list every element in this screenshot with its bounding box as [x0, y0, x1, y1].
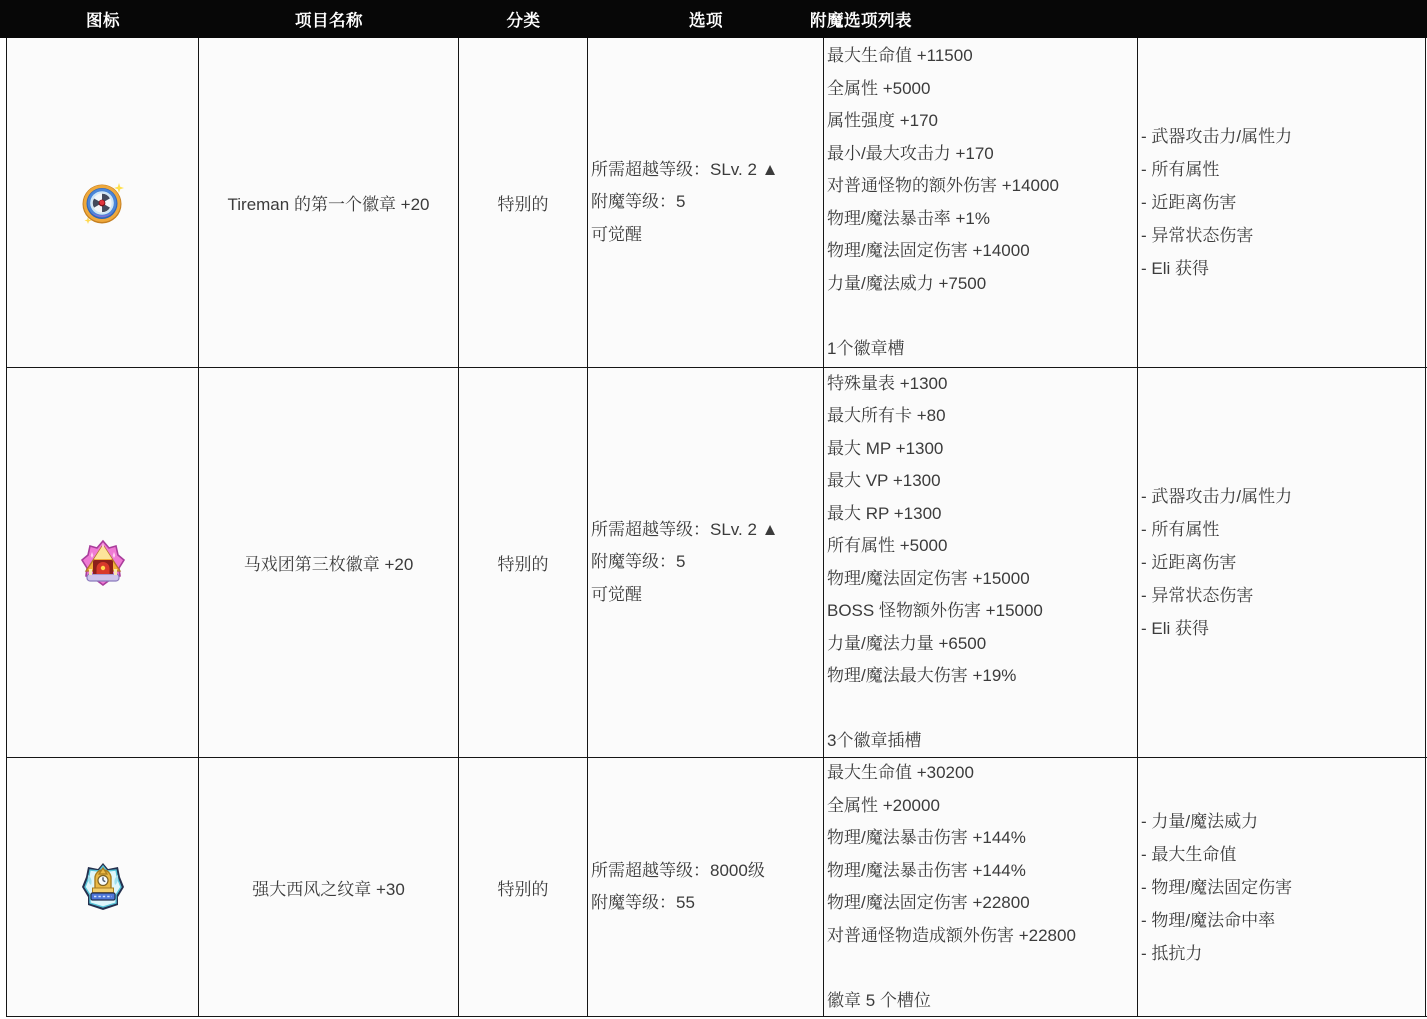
option-line	[827, 300, 1137, 333]
table-header: 图标 项目名称 分类 选项 附魔选项列表	[0, 0, 1427, 38]
enchant-line: - Eli 获得	[1141, 612, 1425, 645]
enchant-line: - 异常状态伤害	[1141, 219, 1425, 252]
option-line: 所有属性 +5000	[827, 530, 1137, 563]
enchant-option-list: - 武器攻击力/属性力- 所有属性- 近距离伤害- 异常状态伤害- Eli 获得	[1138, 38, 1426, 367]
option-line: 特殊量表 +1300	[827, 368, 1137, 400]
enchant-line: - 所有属性	[1141, 153, 1425, 186]
option-line: 最大 VP +1300	[827, 465, 1137, 498]
option-line: 物理/魔法固定伤害 +22800	[827, 887, 1137, 920]
item-name: 马戏团第三枚徽章 +20	[199, 368, 459, 757]
item-requirements: 所需超越等级：SLv. 2 ▲附魔等级：5可觉醒	[588, 368, 824, 757]
item-options: 最大生命值 +30200全属性 +20000物理/魔法暴击伤害 +144%物理/…	[824, 758, 1138, 1016]
option-line: 最大生命值 +11500	[827, 40, 1137, 73]
table-body: Tireman 的第一个徽章 +20 特别的 所需超越等级：SLv. 2 ▲附魔…	[6, 38, 1427, 1017]
item-requirements: 所需超越等级：8000级附魔等级：55	[588, 758, 824, 1016]
table-row-circus-badge: 马戏团第三枚徽章 +20 特别的 所需超越等级：SLv. 2 ▲附魔等级：5可觉…	[6, 368, 1427, 758]
requirement-line: 所需超越等级：SLv. 2 ▲	[591, 514, 823, 547]
option-line: 最大生命值 +30200	[827, 758, 1137, 790]
option-line: 物理/魔法暴击伤害 +144%	[827, 822, 1137, 855]
option-line: 1个徽章槽	[827, 333, 1137, 366]
option-line: 力量/魔法威力 +7500	[827, 268, 1137, 301]
table-row-westwind-emblem: 强大西风之纹章 +30 特别的 所需超越等级：8000级附魔等级：55 最大生命…	[6, 758, 1427, 1017]
item-name: Tireman 的第一个徽章 +20	[199, 38, 459, 367]
option-line	[827, 693, 1137, 726]
header-cell-item-name: 项目名称	[199, 7, 459, 31]
item-icon-cell	[7, 758, 199, 1016]
requirement-line: 附魔等级：5	[591, 186, 823, 219]
enchant-line: - 近距离伤害	[1141, 546, 1425, 579]
item-options: 特殊量表 +1300最大所有卡 +80最大 MP +1300最大 VP +130…	[824, 368, 1138, 757]
enchant-line: - 力量/魔法威力	[1141, 805, 1425, 838]
enchant-line: - 所有属性	[1141, 513, 1425, 546]
enchant-line: - 抵抗力	[1141, 937, 1425, 970]
requirement-line: 可觉醒	[591, 579, 823, 612]
option-line: 物理/魔法暴击率 +1%	[827, 203, 1137, 236]
circus-badge-icon	[78, 538, 128, 588]
enchant-line: - 物理/魔法固定伤害	[1141, 871, 1425, 904]
option-line: 物理/魔法固定伤害 +14000	[827, 235, 1137, 268]
option-line	[827, 952, 1137, 985]
requirement-line: 附魔等级：55	[591, 887, 823, 920]
item-icon-cell	[7, 38, 199, 367]
option-line: 物理/魔法最大伤害 +19%	[827, 660, 1137, 693]
item-requirements: 所需超越等级：SLv. 2 ▲附魔等级：5可觉醒	[588, 38, 824, 367]
enchant-line: - 武器攻击力/属性力	[1141, 480, 1425, 513]
option-line: 最大 RP +1300	[827, 498, 1137, 531]
requirement-line: 附魔等级：5	[591, 546, 823, 579]
item-category: 特别的	[459, 758, 588, 1016]
item-category: 特别的	[459, 38, 588, 367]
enchant-line: - 物理/魔法命中率	[1141, 904, 1425, 937]
enchant-option-list: - 武器攻击力/属性力- 所有属性- 近距离伤害- 异常状态伤害- Eli 获得	[1138, 368, 1426, 757]
header-cell-enchant-list: 附魔选项列表	[704, 7, 1018, 31]
item-name: 强大西风之纹章 +30	[199, 758, 459, 1016]
item-options: 最大生命值 +11500全属性 +5000属性强度 +170最小/最大攻击力 +…	[824, 38, 1138, 367]
option-line: 物理/魔法固定伤害 +15000	[827, 563, 1137, 596]
option-line: 徽章 5 个槽位	[827, 985, 1137, 1017]
option-line: 全属性 +5000	[827, 73, 1137, 106]
option-line: 物理/魔法暴击伤害 +144%	[827, 855, 1137, 888]
table-header-row: 图标 项目名称 分类 选项 附魔选项列表	[7, 0, 1427, 38]
header-cell-category: 分类	[459, 7, 588, 31]
tireman-badge-icon	[78, 179, 128, 227]
option-line: 力量/魔法力量 +6500	[827, 628, 1137, 661]
enchant-line: - 最大生命值	[1141, 838, 1425, 871]
option-line: 对普通怪物造成额外伤害 +22800	[827, 920, 1137, 953]
requirement-line: 所需超越等级：8000级	[591, 855, 823, 888]
option-line: 最大所有卡 +80	[827, 400, 1137, 433]
enchant-line: - 异常状态伤害	[1141, 579, 1425, 612]
option-line: 全属性 +20000	[827, 790, 1137, 823]
requirement-line: 可觉醒	[591, 219, 823, 252]
item-category: 特别的	[459, 368, 588, 757]
option-line: 最小/最大攻击力 +170	[827, 138, 1137, 171]
header-cell-icon: 图标	[7, 7, 199, 31]
enchant-line: - 近距离伤害	[1141, 186, 1425, 219]
enchant-line: - Eli 获得	[1141, 252, 1425, 285]
enchant-item-table-page: 图标 项目名称 分类 选项 附魔选项列表	[0, 0, 1427, 1019]
option-line: 最大 MP +1300	[827, 433, 1137, 466]
option-line: 3个徽章插槽	[827, 725, 1137, 757]
enchant-line: - 武器攻击力/属性力	[1141, 120, 1425, 153]
enchant-option-list: - 力量/魔法威力- 最大生命值- 物理/魔法固定伤害- 物理/魔法命中率- 抵…	[1138, 758, 1426, 1016]
westwind-emblem-icon	[78, 861, 128, 913]
requirement-line: 所需超越等级：SLv. 2 ▲	[591, 154, 823, 187]
option-line: 属性强度 +170	[827, 105, 1137, 138]
option-line: BOSS 怪物额外伤害 +15000	[827, 595, 1137, 628]
item-icon-cell	[7, 368, 199, 757]
table-row-tireman-badge: Tireman 的第一个徽章 +20 特别的 所需超越等级：SLv. 2 ▲附魔…	[6, 38, 1427, 368]
option-line: 对普通怪物的额外伤害 +14000	[827, 170, 1137, 203]
